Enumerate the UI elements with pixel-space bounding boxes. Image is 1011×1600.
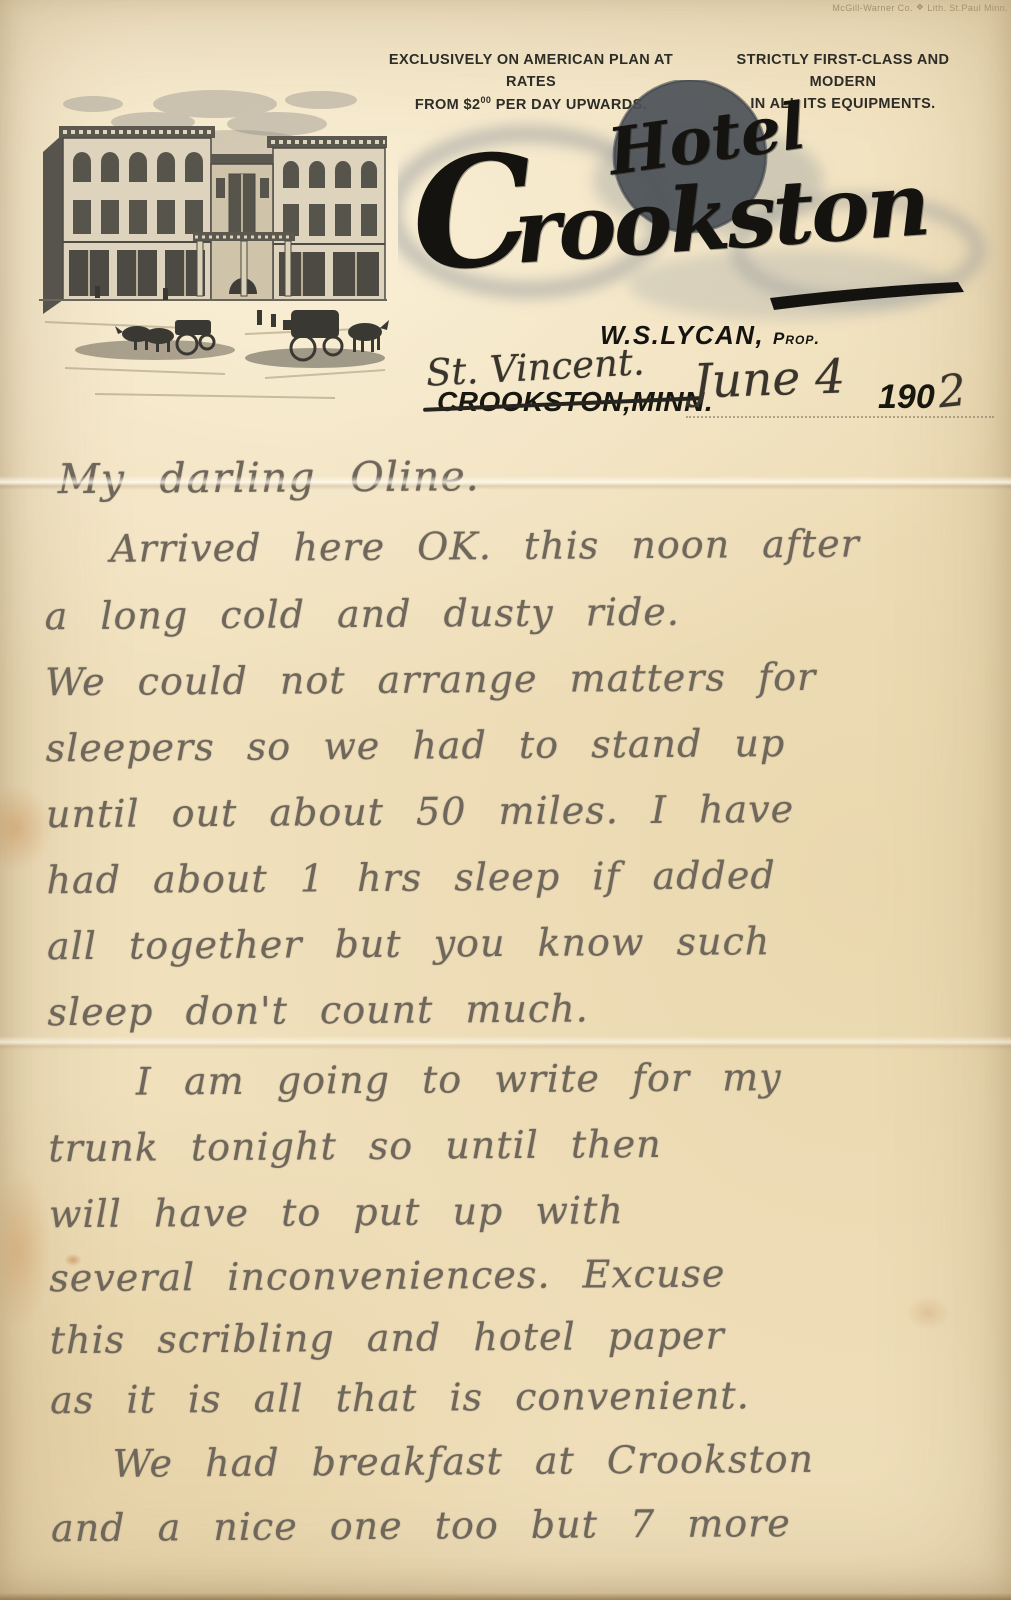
- letter-line: I am going to write for my: [136, 1055, 782, 1104]
- letter-line: as it is all that is convenient.: [50, 1373, 750, 1422]
- fold-crease-middle: [0, 1036, 1011, 1050]
- letter-line: Arrived here OK. this noon after: [110, 522, 860, 571]
- letter-line: several inconveniences. Excuse: [49, 1251, 725, 1300]
- letter-line: We had breakfast at Crookston: [112, 1437, 814, 1486]
- letter-line: will have to put up with: [49, 1188, 624, 1236]
- letter-line: sleepers so we had to stand up: [45, 721, 785, 770]
- letter-line: all together but you know such: [47, 919, 771, 968]
- letter-line: sleep don't count much.: [47, 986, 589, 1034]
- letter-line: this scribling and hotel paper: [50, 1313, 725, 1362]
- stain-blotch: [898, 1290, 958, 1336]
- fold-crease-top: [0, 476, 1011, 490]
- letter-line: trunk tonight so until then: [48, 1122, 661, 1170]
- stain-blotch: [62, 1252, 84, 1268]
- letter-line: had about 1 hrs sleep if added: [46, 853, 775, 902]
- letter-line: a long cold and dusty ride.: [45, 590, 681, 638]
- letter-line: and a nice one too but 7 more: [51, 1501, 791, 1550]
- letter-body: My darling Oline. Arrived here OK. this …: [0, 0, 1011, 1600]
- letter-line: We could not arrange matters for: [45, 655, 816, 704]
- letter-sheet: McGill-Warner Co. ❖ Lith. St.Paul Minn. …: [0, 0, 1011, 1600]
- paper-bottom-edge: [0, 1593, 1011, 1600]
- letter-line: until out about 50 miles. I have: [46, 787, 794, 836]
